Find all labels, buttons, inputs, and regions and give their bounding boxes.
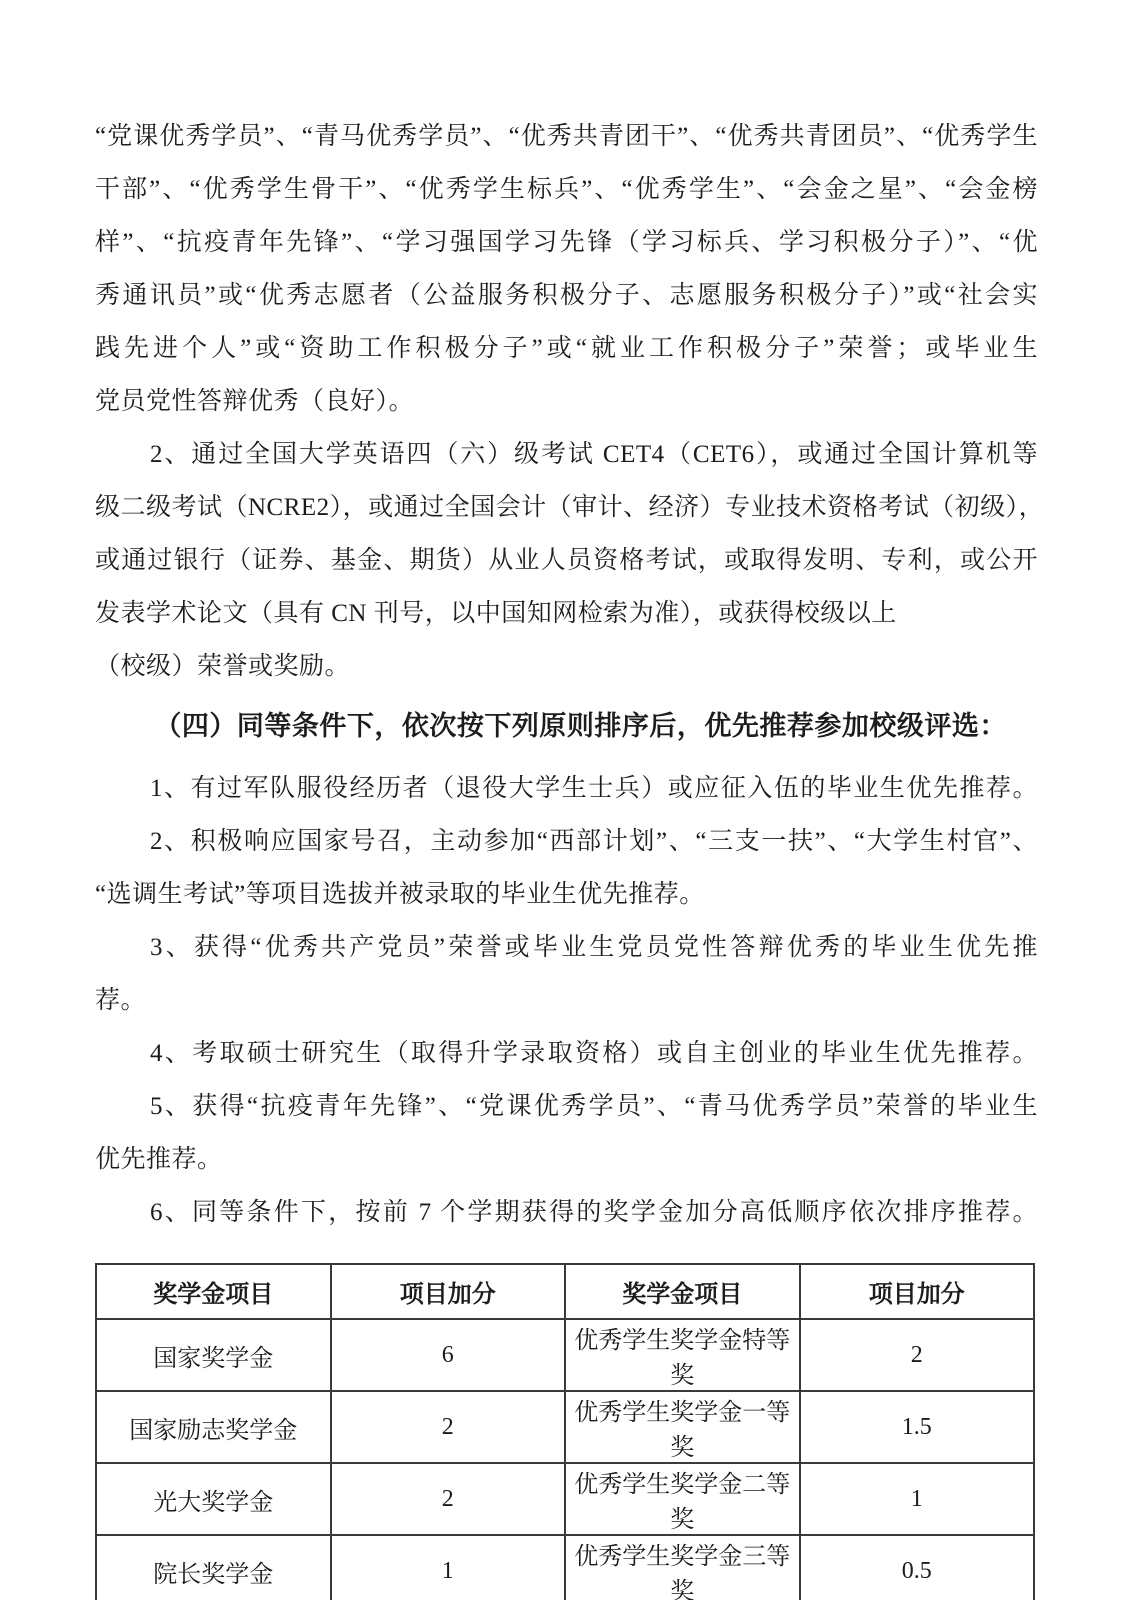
table-cell: 国家励志奖学金 [96, 1391, 331, 1463]
section-heading: （四）同等条件下，依次按下列原则排序后，优先推荐参加校级评选： [95, 700, 1038, 753]
text-line: 2、通过全国大学英语四（六）级考试 CET4（CET6），或通过全国计算机等 [95, 428, 1038, 481]
text-line: 践先进个人”或“资助工作积极分子”或“就业工作积极分子”荣誉；或毕业生 [95, 322, 1038, 375]
text-line: 1、有过军队服役经历者（退役大学生士兵）或应征入伍的毕业生优先推荐。 [95, 762, 1038, 815]
document-page: “党课优秀学员”、“青马优秀学员”、“优秀共青团干”、“优秀共青团员”、“优秀学… [0, 0, 1131, 1600]
text-line: “选调生考试”等项目选拔并被录取的毕业生优先推荐。 [95, 868, 1038, 921]
table-cell: 院长奖学金 [96, 1535, 331, 1600]
table-row: 院长奖学金 1 优秀学生奖学金三等奖 0.5 [96, 1535, 1034, 1600]
text-line: 发表学术论文（具有 CN 刊号，以中国知网检索为准），或获得校级以上 [95, 587, 1038, 640]
table-row: 国家奖学金 6 优秀学生奖学金特等奖 2 [96, 1319, 1034, 1391]
text-line: 3、获得“优秀共产党员”荣誉或毕业生党员党性答辩优秀的毕业生优先推 [95, 921, 1038, 974]
text-line: 秀通讯员”或“优秀志愿者（公益服务积极分子、志愿服务积极分子）”或“社会实 [95, 269, 1038, 322]
table-cell: 1.5 [800, 1391, 1035, 1463]
table-cell: 国家奖学金 [96, 1319, 331, 1391]
table-cell: 1 [331, 1535, 566, 1600]
text-line: 6、同等条件下，按前 7 个学期获得的奖学金加分高低顺序依次排序推荐。 [95, 1186, 1038, 1239]
text-line: 干部”、“优秀学生骨干”、“优秀学生标兵”、“优秀学生”、“会金之星”、“会金榜 [95, 163, 1038, 216]
document-body: “党课优秀学员”、“青马优秀学员”、“优秀共青团干”、“优秀共青团员”、“优秀学… [95, 110, 1038, 1600]
text-line: 级二级考试（NCRE2），或通过全国会计（审计、经济）专业技术资格考试（初级）， [95, 481, 1038, 534]
table-cell: 优秀学生奖学金一等奖 [565, 1391, 800, 1463]
table-cell: 6 [331, 1319, 566, 1391]
text-line: 荐。 [95, 974, 1038, 1027]
table-header-cell: 项目加分 [331, 1264, 566, 1319]
table-cell: 光大奖学金 [96, 1463, 331, 1535]
table-cell: 优秀学生奖学金三等奖 [565, 1535, 800, 1600]
table-header-row: 奖学金项目 项目加分 奖学金项目 项目加分 [96, 1264, 1034, 1319]
text-line: 2、积极响应国家号召，主动参加“西部计划”、“三支一扶”、“大学生村官”、 [95, 815, 1038, 868]
table-cell: 2 [800, 1319, 1035, 1391]
table-header-cell: 项目加分 [800, 1264, 1035, 1319]
text-line: 或通过银行（证券、基金、期货）从业人员资格考试，或取得发明、专利，或公开 [95, 534, 1038, 587]
text-line: （校级）荣誉或奖励。 [95, 640, 1038, 693]
text-line: 5、获得“抗疫青年先锋”、“党课优秀学员”、“青马优秀学员”荣誉的毕业生 [95, 1080, 1038, 1133]
table-cell: 0.5 [800, 1535, 1035, 1600]
table-header-cell: 奖学金项目 [565, 1264, 800, 1319]
table-row: 国家励志奖学金 2 优秀学生奖学金一等奖 1.5 [96, 1391, 1034, 1463]
text-line: 样”、“抗疫青年先锋”、“学习强国学习先锋（学习标兵、学习积极分子）”、“优 [95, 216, 1038, 269]
table-cell: 优秀学生奖学金特等奖 [565, 1319, 800, 1391]
table-cell: 优秀学生奖学金二等奖 [565, 1463, 800, 1535]
scholarship-points-table: 奖学金项目 项目加分 奖学金项目 项目加分 国家奖学金 6 优秀学生奖学金特等奖… [95, 1263, 1035, 1600]
text-line: 4、考取硕士研究生（取得升学录取资格）或自主创业的毕业生优先推荐。 [95, 1027, 1038, 1080]
table-cell: 2 [331, 1391, 566, 1463]
table-header-cell: 奖学金项目 [96, 1264, 331, 1319]
table-cell: 1 [800, 1463, 1035, 1535]
text-line: 优先推荐。 [95, 1133, 1038, 1186]
table-row: 光大奖学金 2 优秀学生奖学金二等奖 1 [96, 1463, 1034, 1535]
text-line: 党员党性答辩优秀（良好）。 [95, 375, 1038, 428]
text-line: “党课优秀学员”、“青马优秀学员”、“优秀共青团干”、“优秀共青团员”、“优秀学… [95, 110, 1038, 163]
table-cell: 2 [331, 1463, 566, 1535]
